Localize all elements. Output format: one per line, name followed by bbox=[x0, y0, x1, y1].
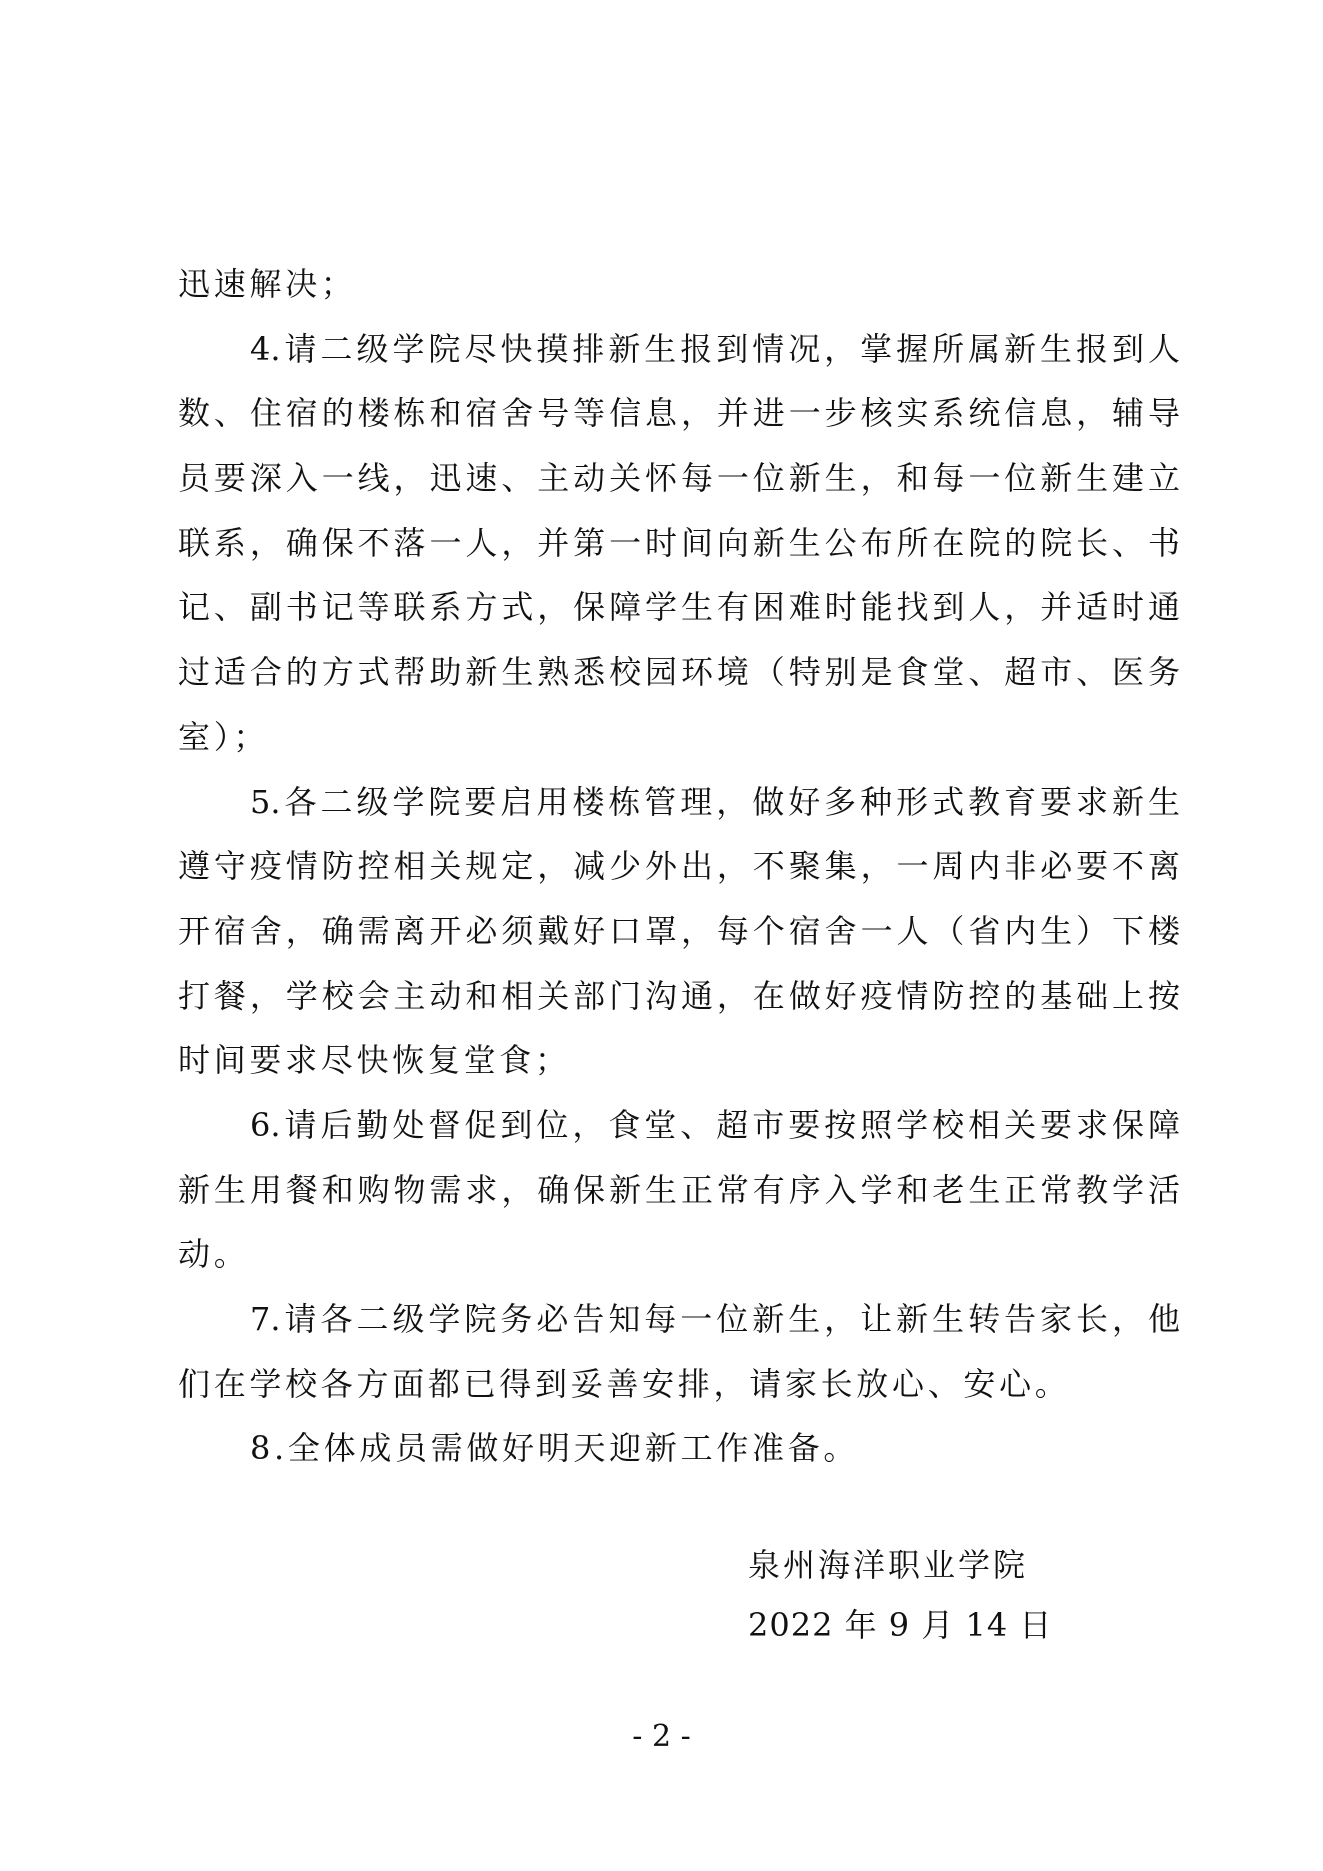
item-8-line-1: 8.全体成员需做好明天迎新工作准备。 bbox=[178, 1416, 1180, 1481]
item-4-line-7: 室）； bbox=[178, 705, 1180, 770]
item-4-line-4: 联系，确保不落一人，并第一时间向新生公布所在院的院长、书 bbox=[178, 511, 1180, 576]
item-6-line-1: 6.请后勤处督促到位，食堂、超市要按照学校相关要求保障 bbox=[178, 1093, 1180, 1158]
item-6-line-2: 新生用餐和购物需求，确保新生正常有序入学和老生正常教学活 bbox=[178, 1158, 1180, 1223]
item-5-line-1: 5.各二级学院要启用楼栋管理，做好多种形式教育要求新生 bbox=[178, 770, 1180, 835]
page-number: - 2 - bbox=[0, 1712, 1323, 1762]
document-page: 迅速解决； 4.请二级学院尽快摸排新生报到情况，掌握所属新生报到人 数、住宿的楼… bbox=[0, 0, 1323, 1871]
text-line: 迅速解决； bbox=[178, 252, 1180, 317]
item-5-line-4: 打餐，学校会主动和相关部门沟通，在做好疫情防控的基础上按 bbox=[178, 964, 1180, 1029]
item-6-line-3: 动。 bbox=[178, 1222, 1180, 1287]
signature-date: 2022 年 9 月 14 日 bbox=[748, 1600, 1038, 1650]
item-4-line-6: 过适合的方式帮助新生熟悉校园环境（特别是食堂、超市、医务 bbox=[178, 640, 1180, 705]
item-4-line-5: 记、副书记等联系方式，保障学生有困难时能找到人，并适时通 bbox=[178, 575, 1180, 640]
item-4-line-3: 员要深入一线，迅速、主动关怀每一位新生，和每一位新生建立 bbox=[178, 446, 1180, 511]
signature-organization: 泉州海洋职业学院 bbox=[748, 1540, 1038, 1590]
item-7-line-2: 们在学校各方面都已得到妥善安排，请家长放心、安心。 bbox=[178, 1352, 1180, 1417]
item-7-line-1: 7.请各二级学院务必告知每一位新生，让新生转告家长，他 bbox=[178, 1287, 1180, 1352]
item-4-line-2: 数、住宿的楼栋和宿舍号等信息，并进一步核实系统信息，辅导 bbox=[178, 381, 1180, 446]
item-5-line-5: 时间要求尽快恢复堂食； bbox=[178, 1028, 1180, 1093]
item-5-line-2: 遵守疫情防控相关规定，减少外出，不聚集，一周内非必要不离 bbox=[178, 834, 1180, 899]
document-body: 迅速解决； 4.请二级学院尽快摸排新生报到情况，掌握所属新生报到人 数、住宿的楼… bbox=[178, 252, 1180, 1481]
item-4-line-1: 4.请二级学院尽快摸排新生报到情况，掌握所属新生报到人 bbox=[178, 317, 1180, 382]
item-5-line-3: 开宿舍，确需离开必须戴好口罩，每个宿舍一人（省内生）下楼 bbox=[178, 899, 1180, 964]
